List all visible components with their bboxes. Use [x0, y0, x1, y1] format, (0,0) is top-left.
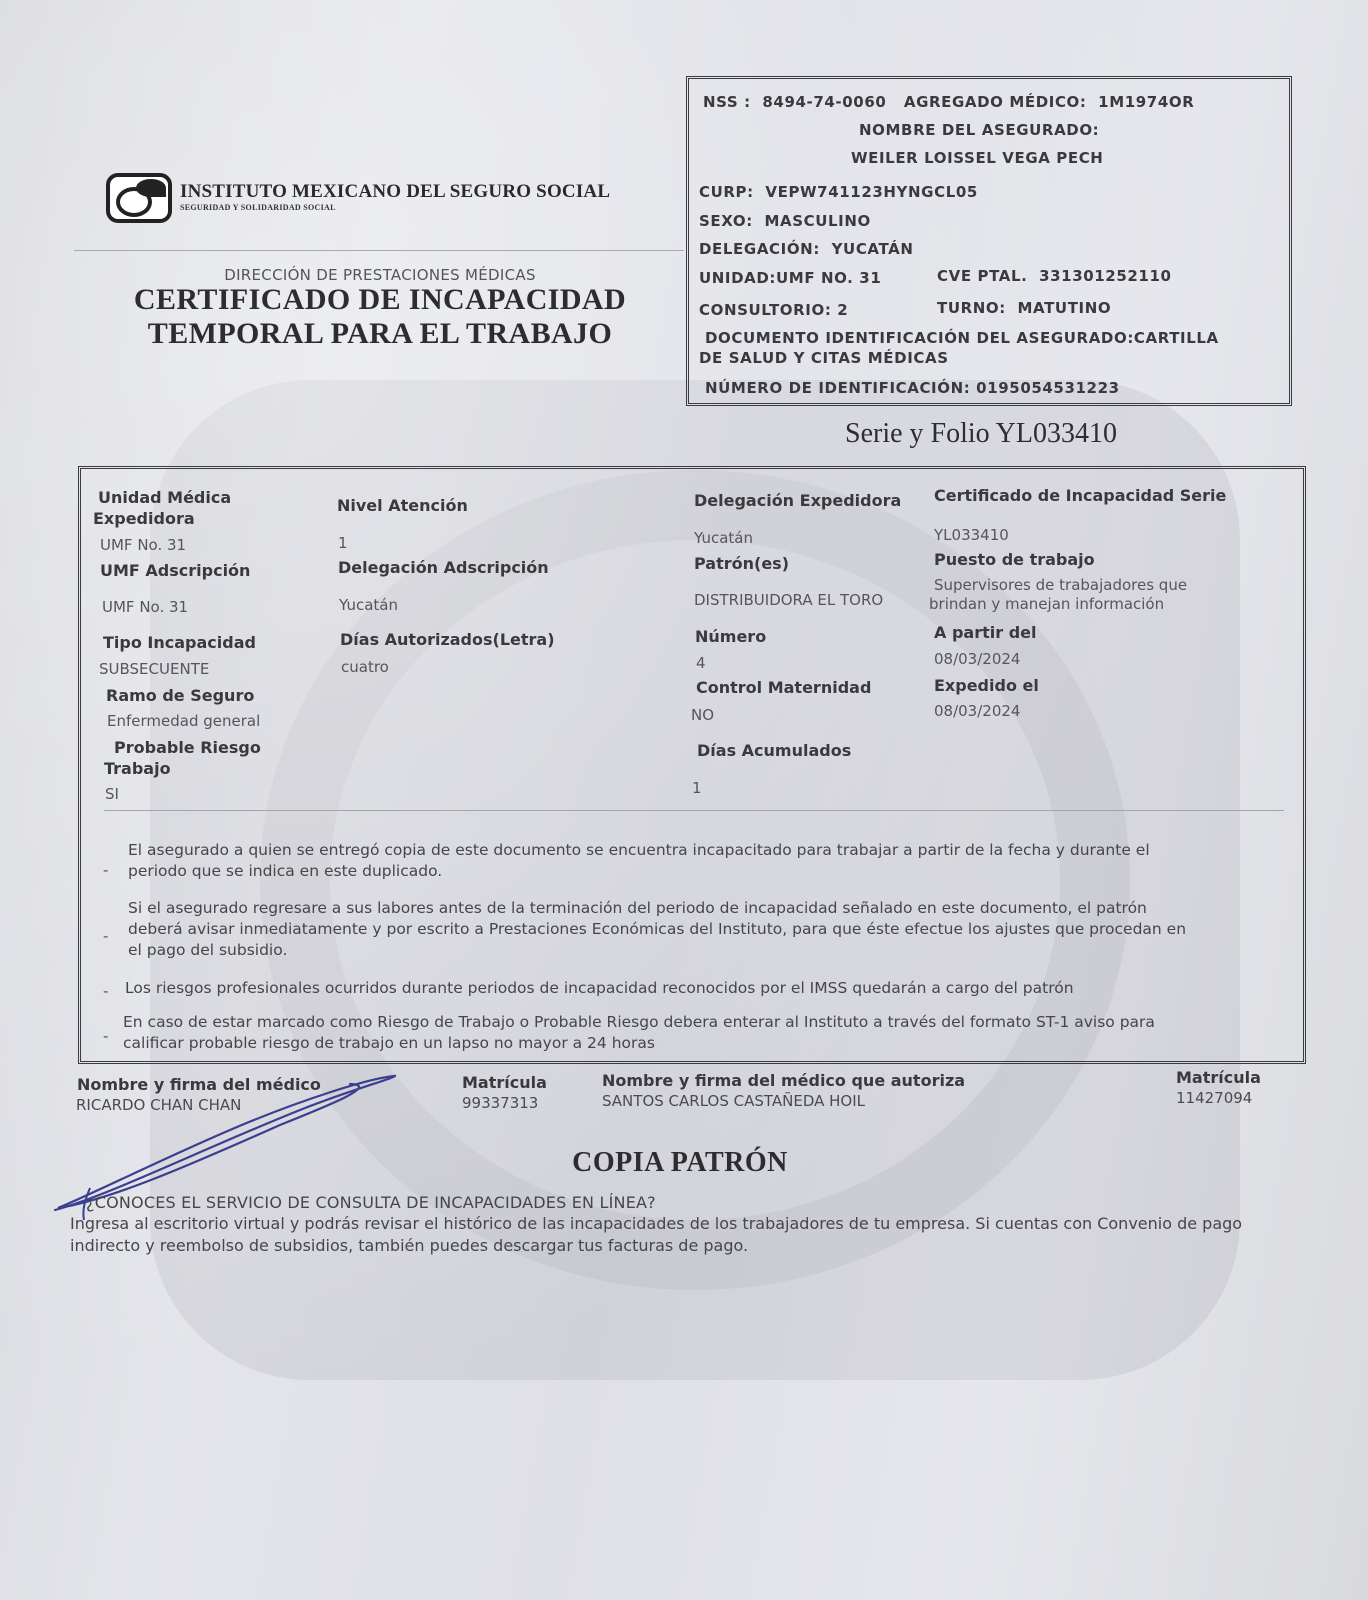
- probable-riesgo-label-2: Trabajo: [104, 758, 171, 779]
- curp-value: VEPW741123HYNGCL05: [765, 183, 978, 201]
- certificate-title: CERTIFICADO DE INCAPACIDAD TEMPORAL PARA…: [120, 283, 640, 351]
- control-maternidad-label: Control Maternidad: [696, 677, 871, 698]
- delegacion-adscripcion-label: Delegación Adscripción: [338, 557, 549, 578]
- documento-row: DOCUMENTO IDENTIFICACIÓN DEL ASEGURADO:C…: [705, 329, 1219, 347]
- nss-row: NSS : 8494-74-0060 AGREGADO MÉDICO: 1M19…: [703, 93, 1194, 111]
- note-1: El asegurado a quien se entregó copia de…: [128, 840, 1278, 882]
- autoriza-name: SANTOS CARLOS CASTAÑEDA HOIL: [602, 1092, 865, 1110]
- puesto-trabajo-value: Supervisores de trabajadores que: [934, 575, 1187, 595]
- medico-matricula-value: 99337313: [462, 1094, 538, 1112]
- unidad-medica-expedidora-value: UMF No. 31: [100, 535, 186, 555]
- header-divider: [74, 250, 684, 251]
- dias-acumulados-label: Días Acumulados: [697, 740, 851, 761]
- consultorio-value: 2: [837, 301, 848, 319]
- institution-name: INSTITUTO MEXICANO DEL SEGURO SOCIAL: [180, 181, 610, 203]
- footer-paragraph: Ingresa al escritorio virtual y podrás r…: [70, 1213, 1310, 1257]
- medico-label: Nombre y firma del médico: [77, 1075, 321, 1094]
- delegacion-row: DELEGACIÓN: YUCATÁN: [699, 240, 914, 258]
- nombre-value: WEILER LOISSEL VEGA PECH: [851, 149, 1103, 167]
- nss-value: 8494-74-0060: [762, 93, 886, 111]
- delegacion-adscripcion-value: Yucatán: [339, 595, 398, 615]
- numero-id-value: 0195054531223: [976, 379, 1119, 397]
- turno-row: TURNO: MATUTINO: [937, 299, 1111, 317]
- note-bullet: -: [103, 1027, 108, 1045]
- cve-value: 331301252110: [1039, 267, 1171, 285]
- note-bullet: -: [103, 982, 108, 1000]
- fields-divider: [104, 810, 1284, 811]
- certificate-data-box: [78, 466, 1306, 1064]
- probable-riesgo-label: Probable Riesgo: [114, 737, 261, 758]
- certificado-serie-value: YL033410: [934, 525, 1009, 545]
- puesto-trabajo-value-2: brindan y manejan información: [929, 594, 1164, 614]
- sexo-value: MASCULINO: [765, 212, 871, 230]
- unidad-value: UMF NO. 31: [776, 269, 881, 287]
- agregado-value: 1M1974OR: [1098, 93, 1194, 111]
- umf-adscripcion-label: UMF Adscripción: [100, 560, 250, 581]
- umf-adscripcion-value: UMF No. 31: [102, 597, 188, 617]
- probable-riesgo-value: SI: [105, 784, 119, 804]
- delegacion-expedidora-label: Delegación Expedidora: [694, 490, 901, 511]
- imss-logo-icon: [106, 173, 172, 223]
- copy-type-heading: COPIA PATRÓN: [480, 1147, 880, 1179]
- numero-id-row: NÚMERO DE IDENTIFICACIÓN: 0195054531223: [705, 379, 1120, 397]
- curp-row: CURP: VEPW741123HYNGCL05: [699, 183, 978, 201]
- cve-row: CVE PTAL. 331301252110: [937, 267, 1172, 285]
- numero-value: 4: [696, 653, 706, 673]
- ramo-seguro-label: Ramo de Seguro: [106, 685, 254, 706]
- patrones-label: Patrón(es): [694, 553, 789, 574]
- nivel-atencion-label: Nivel Atención: [337, 495, 468, 516]
- a-partir-del-label: A partir del: [934, 622, 1036, 643]
- title-line-2: TEMPORAL PARA EL TRABAJO: [120, 317, 640, 351]
- unidad-medica-expedidora-label-2: Expedidora: [93, 508, 195, 529]
- footer-question: ¿CONOCES EL SERVICIO DE CONSULTA DE INCA…: [86, 1193, 656, 1212]
- ramo-seguro-value: Enfermedad general: [107, 711, 260, 731]
- note-bullet: -: [103, 927, 108, 945]
- turno-value: MATUTINO: [1018, 299, 1112, 317]
- medico-name: RICARDO CHAN CHAN: [76, 1096, 241, 1114]
- tipo-incapacidad-value: SUBSECUENTE: [99, 659, 209, 679]
- serie-folio: Serie y Folio YL033410: [845, 418, 1117, 450]
- sexo-row: SEXO: MASCULINO: [699, 212, 871, 230]
- expedido-el-value: 08/03/2024: [934, 701, 1020, 721]
- note-bullet: -: [103, 861, 108, 879]
- delegacion-expedidora-value: Yucatán: [694, 528, 753, 548]
- puesto-trabajo-label: Puesto de trabajo: [934, 549, 1095, 570]
- insured-info-box: NSS : 8494-74-0060 AGREGADO MÉDICO: 1M19…: [686, 76, 1292, 406]
- tipo-incapacidad-label: Tipo Incapacidad: [103, 632, 256, 653]
- title-line-1: CERTIFICADO DE INCAPACIDAD: [120, 283, 640, 317]
- consultorio-row: CONSULTORIO: 2: [699, 301, 848, 319]
- nivel-atencion-value: 1: [338, 533, 348, 553]
- institution-tagline: SEGURIDAD Y SOLIDARIDAD SOCIAL: [180, 203, 336, 212]
- dias-autorizados-value: cuatro: [341, 657, 389, 677]
- autoriza-label: Nombre y firma del médico que autoriza: [602, 1071, 965, 1090]
- dias-autorizados-label: Días Autorizados(Letra): [340, 629, 555, 650]
- numero-label: Número: [695, 626, 766, 647]
- expedido-el-label: Expedido el: [934, 675, 1039, 696]
- patrones-value: DISTRIBUIDORA EL TORO: [694, 590, 883, 610]
- certificado-serie-label: Certificado de Incapacidad Serie: [934, 485, 1226, 506]
- note-3: Los riesgos profesionales ocurridos dura…: [125, 978, 1275, 999]
- autoriza-matricula-label: Matrícula: [1176, 1068, 1261, 1087]
- medico-matricula-label: Matrícula: [462, 1073, 547, 1092]
- autoriza-matricula-value: 11427094: [1176, 1089, 1252, 1107]
- documento-value-line2: DE SALUD Y CITAS MÉDICAS: [699, 349, 949, 367]
- dias-acumulados-value: 1: [692, 778, 702, 798]
- nombre-label: NOMBRE DEL ASEGURADO:: [859, 121, 1099, 139]
- control-maternidad-value: NO: [691, 705, 714, 725]
- direccion-heading: DIRECCIÓN DE PRESTACIONES MÉDICAS: [130, 266, 630, 284]
- delegacion-value: YUCATÁN: [832, 240, 914, 258]
- documento-value: CARTILLA: [1134, 329, 1219, 347]
- note-2: Si el asegurado regresare a sus labores …: [128, 898, 1278, 961]
- a-partir-del-value: 08/03/2024: [934, 649, 1020, 669]
- unidad-row: UNIDAD:UMF NO. 31: [699, 269, 881, 287]
- note-4: En caso de estar marcado como Riesgo de …: [123, 1012, 1273, 1054]
- unidad-medica-expedidora-label: Unidad Médica: [98, 487, 231, 508]
